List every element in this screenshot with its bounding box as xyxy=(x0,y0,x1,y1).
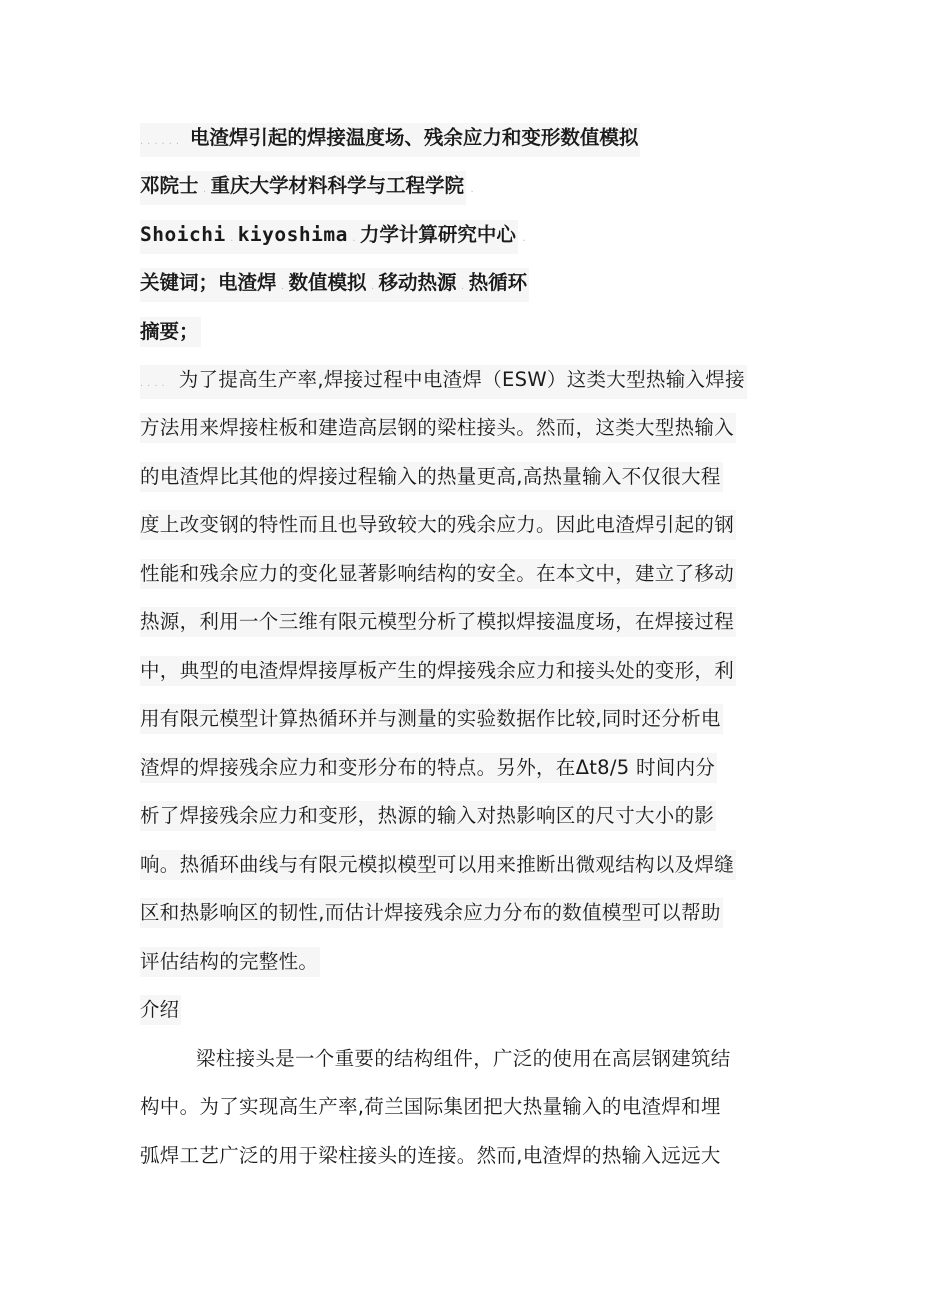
keyword: 热循环 xyxy=(469,271,528,294)
keyword: 移动热源 xyxy=(379,271,457,294)
author-name-last: kiyoshima xyxy=(238,223,348,246)
abstract-line: 中，典型的电渣焊焊接厚板产生的焊接残余应力和接头处的变形，利 xyxy=(140,656,736,686)
abstract-line: 热源，利用一个三维有限元模型分析了模拟焊接温度场，在焊接过程 xyxy=(140,607,736,637)
introduction-heading-line: 介绍 xyxy=(140,995,181,1025)
gap-marker: . xyxy=(199,175,211,205)
introduction-line: 构中。为了实现高生产率,荷兰国际集团把大热量输入的电渣焊和埋 xyxy=(140,1092,721,1122)
author-line-1: 邓院士.重庆大学材料科学与工程学院 . xyxy=(140,171,478,201)
keywords-highlight: 关键词；电渣焊.数值模拟.移动热源.热循环 xyxy=(140,268,529,302)
abstract-line: 响。热循环曲线与有限元模拟模型可以用来推断出微观结构以及焊缝 xyxy=(140,850,736,880)
author-highlight-1: 邓院士.重庆大学材料科学与工程学院 xyxy=(140,171,466,205)
abstract-line: 的电渣焊比其他的焊接过程输入的热量更高,高热量输入不仅很大程 xyxy=(140,462,723,492)
document-title-line: ...... 电渣焊引起的焊接温度场、残余应力和变形数值模拟 xyxy=(140,123,640,153)
keywords-label: 关键词； xyxy=(140,271,218,294)
gap-marker: . xyxy=(348,224,360,254)
gap-marker: . xyxy=(518,224,530,254)
keyword: 数值模拟 xyxy=(289,271,367,294)
abstract-heading: 摘要； xyxy=(140,317,201,347)
document-title: 电渣焊引起的焊接温度场、残余应力和变形数值模拟 xyxy=(190,126,639,149)
keywords-line: 关键词；电渣焊.数值模拟.移动热源.热循环 xyxy=(140,268,529,298)
abstract-heading-line: 摘要； xyxy=(140,317,201,347)
author-name-first: Shoichi xyxy=(140,223,226,246)
gap-marker: . xyxy=(367,272,379,302)
abstract-line: 区和热影响区的韧性,而估计焊接残余应力分布的数值模型可以帮助 xyxy=(140,898,723,928)
abstract-line: 用有限元模型计算热循环并与测量的实验数据作比较,同时还分析电 xyxy=(140,704,723,734)
leading-dots: .... xyxy=(140,378,169,389)
gap-marker: . xyxy=(226,224,238,254)
keyword: 电渣焊 xyxy=(218,271,277,294)
introduction-heading: 介绍 xyxy=(140,995,181,1025)
abstract-line: 评估结构的完整性。 xyxy=(140,947,320,977)
title-highlight: ...... 电渣焊引起的焊接温度场、残余应力和变形数值模拟 xyxy=(140,123,640,157)
gap-marker: . xyxy=(277,272,289,302)
abstract-line: 渣焊的焊接残余应力和变形分布的特点。另外，在Δt8/5 时间内分 xyxy=(140,753,717,783)
gap-marker: . xyxy=(466,175,478,205)
author-line-2: Shoichi.kiyoshima.力学计算研究中心 . xyxy=(140,220,530,250)
author-affiliation: 重庆大学材料科学与工程学院 xyxy=(211,174,465,197)
abstract-line: 析了焊接残余应力和变形，热源的输入对热影响区的尺寸大小的影 xyxy=(140,801,716,831)
introduction-line: 弧焊工艺广泛的用于梁柱接头的连接。然而,电渣焊的热输入远远大 xyxy=(140,1141,721,1171)
leading-dots: ...... xyxy=(140,136,183,147)
author-affiliation: 力学计算研究中心 xyxy=(360,223,516,246)
abstract-line: ....为了提高生产率,焊接过程中电渣焊（ESW）这类大型热输入焊接 xyxy=(140,365,747,395)
abstract-line: 度上改变钢的特性而且也导致较大的残余应力。因此电渣焊引起的钢 xyxy=(140,510,736,540)
abstract-line: 性能和残余应力的变化显著影响结构的安全。在本文中，建立了移动 xyxy=(140,559,736,589)
author-name: 邓院士 xyxy=(140,174,199,197)
gap-marker: . xyxy=(457,272,469,302)
abstract-line: 方法用来焊接柱板和建造高层钢的梁柱接头。然而，这类大型热输入 xyxy=(140,413,736,443)
introduction-line: 梁柱接头是一个重要的结构组件，广泛的使用在高层钢建筑结 xyxy=(140,1044,731,1074)
author-highlight-2: Shoichi.kiyoshima.力学计算研究中心 xyxy=(140,220,518,254)
